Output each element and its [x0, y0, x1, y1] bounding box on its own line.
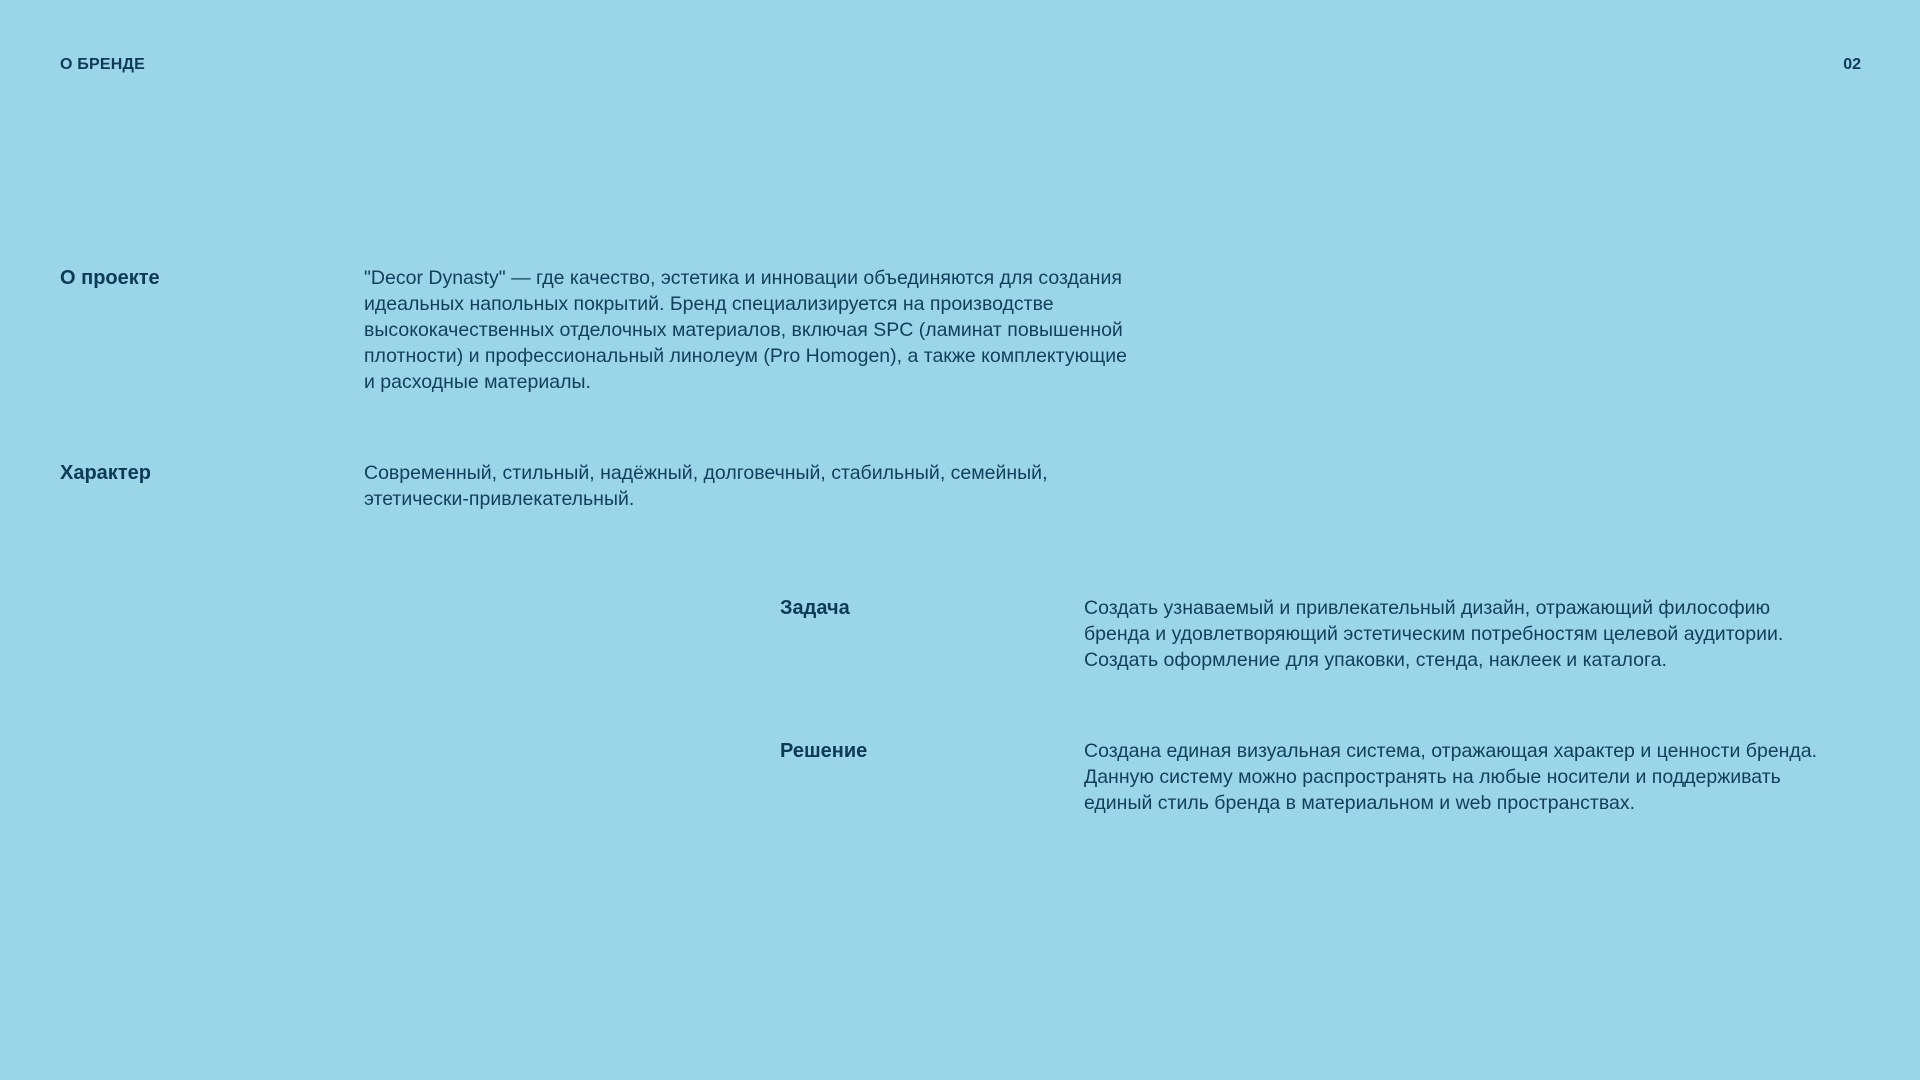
character-text: Современный, стильный, надёжный, долгове…: [364, 460, 1184, 512]
character-text-line: Современный, стильный, надёжный, долгове…: [364, 460, 1184, 486]
task-text-line: бренда и удовлетворяющий эстетическим по…: [1084, 621, 1884, 647]
task-heading: Задача: [780, 595, 850, 621]
solution-text-line: Создана единая визуальная система, отраж…: [1084, 738, 1884, 764]
task-text-line: Создать узнаваемый и привлекательный диз…: [1084, 595, 1884, 621]
task-text-line: Создать оформление для упаковки, стенда,…: [1084, 647, 1884, 673]
about-text-line: идеальных напольных покрытий. Бренд спец…: [364, 291, 1184, 317]
about-text-line: "Decor Dynasty" — где качество, эстетика…: [364, 265, 1184, 291]
page-number: 02: [1843, 56, 1861, 74]
about-text-line: плотности) и профессиональный линолеум (…: [364, 343, 1184, 369]
solution-text-line: Данную систему можно распространять на л…: [1084, 764, 1884, 790]
solution-heading: Решение: [780, 738, 867, 764]
about-text: "Decor Dynasty" — где качество, эстетика…: [364, 265, 1184, 395]
about-heading: О проекте: [60, 265, 160, 291]
solution-text: Создана единая визуальная система, отраж…: [1084, 738, 1884, 816]
solution-text-line: единый стиль бренда в материальном и web…: [1084, 790, 1884, 816]
about-text-line: и расходные материалы.: [364, 369, 1184, 395]
about-text-line: высококачественных отделочных материалов…: [364, 317, 1184, 343]
character-text-line: этетически-привлекательный.: [364, 486, 1184, 512]
section-label: О БРЕНДЕ: [60, 56, 145, 74]
task-text: Создать узнаваемый и привлекательный диз…: [1084, 595, 1884, 673]
character-heading: Характер: [60, 460, 151, 486]
